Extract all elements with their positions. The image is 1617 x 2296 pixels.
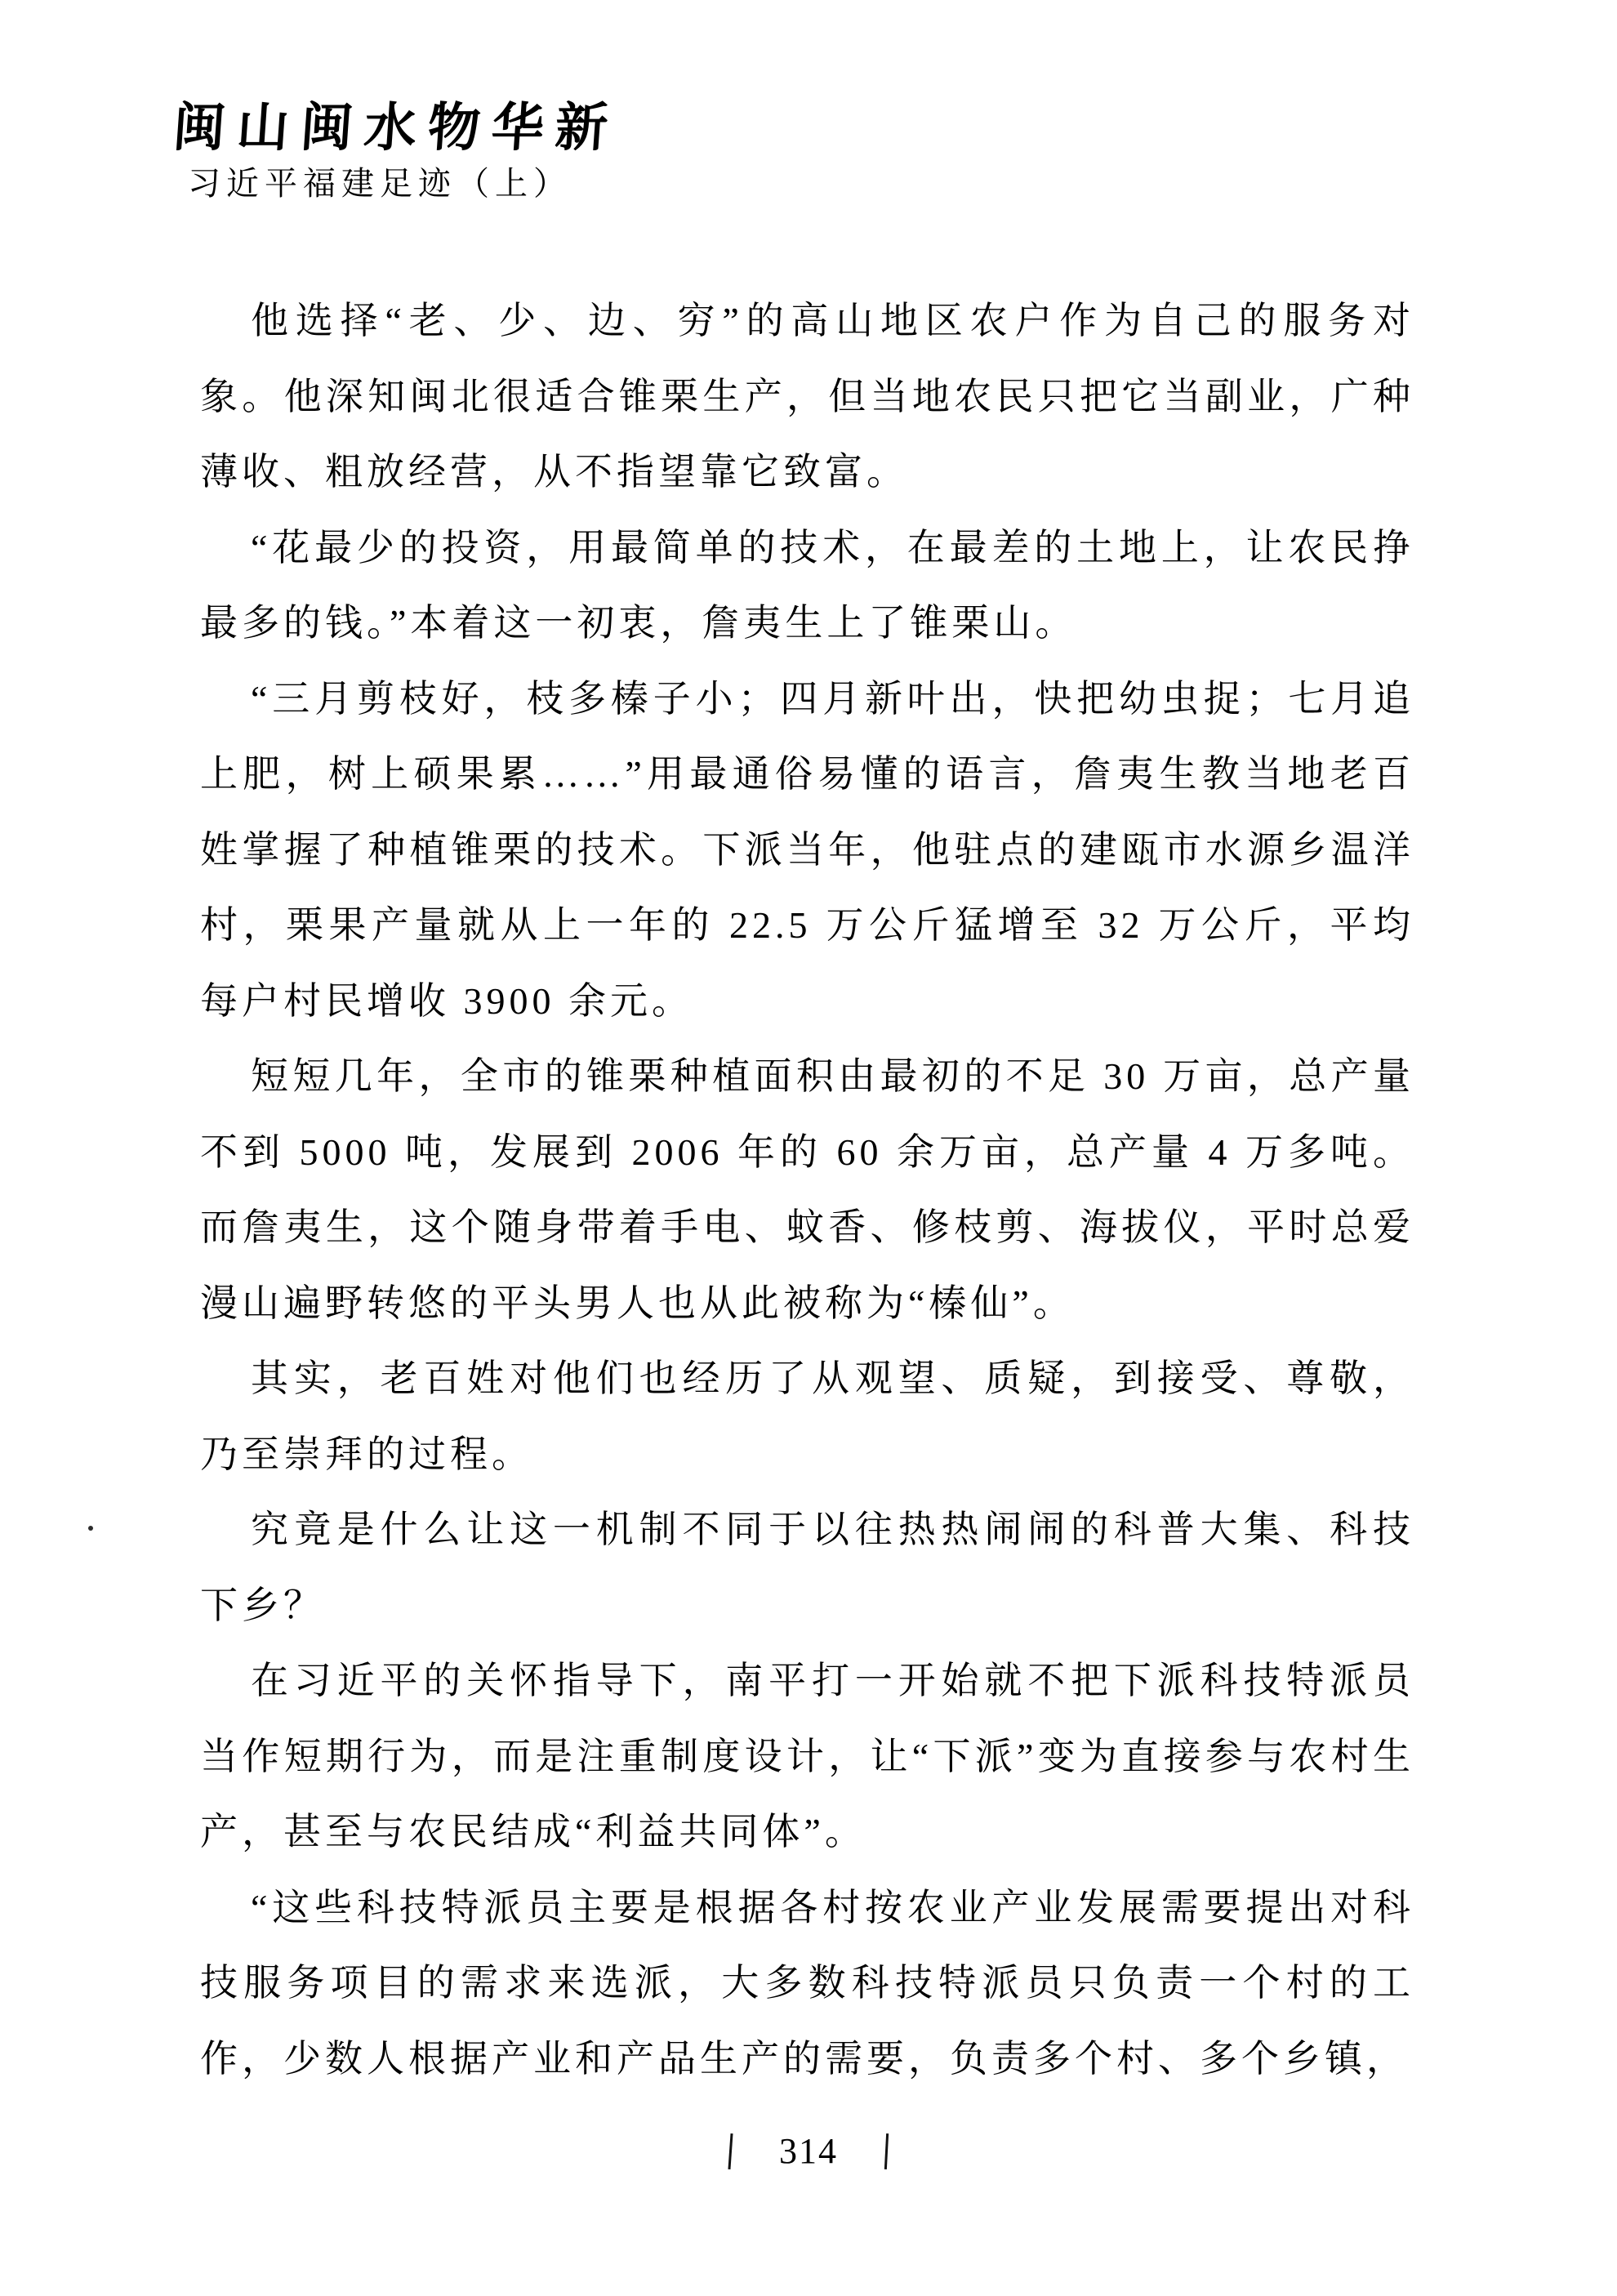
- page-number: 314: [779, 2133, 838, 2169]
- page-footer: 314: [0, 2133, 1617, 2169]
- body-paragraph: 短短几年，全市的锥栗种植面积由最初的不足 30 万亩，总产量不到 5000 吨，…: [200, 1039, 1414, 1341]
- body-paragraph: “这些科技特派员主要是根据各村按农业产业发展需要提出对科技服务项目的需求来选派，…: [200, 1870, 1414, 2098]
- folio-rule-right-icon: [884, 2133, 889, 2169]
- print-speck: [88, 1526, 93, 1531]
- series-title-calligraphy: 闽山闽水物华新: [171, 96, 621, 160]
- body-paragraph: 他选择“老、少、边、穷”的高山地区农户作为自己的服务对象。他深知闽北很适合锥栗生…: [200, 283, 1414, 510]
- body-paragraph: 在习近平的关怀指导下，南平打一开始就不把下派科技特派员当作短期行为，而是注重制度…: [200, 1643, 1414, 1870]
- body-paragraph: 其实，老百姓对他们也经历了从观望、质疑，到接受、尊敬，乃至崇拜的过程。: [200, 1341, 1414, 1492]
- book-page: 闽山闽水物华新 习近平福建足迹（上） 他选择“老、少、边、穷”的高山地区农户作为…: [0, 0, 1617, 2296]
- body-paragraph: 究竟是什么让这一机制不同于以往热热闹闹的科普大集、科技下乡？: [200, 1492, 1414, 1643]
- body-paragraph: “三月剪枝好，枝多榛子小；四月新叶出，快把幼虫捉；七月追上肥，树上硕果累……”用…: [200, 662, 1414, 1040]
- running-head: 闽山闽水物华新 习近平福建足迹（上）: [173, 96, 619, 206]
- body-text: 他选择“老、少、边、穷”的高山地区农户作为自己的服务对象。他深知闽北很适合锥栗生…: [200, 283, 1414, 2097]
- book-title: 习近平福建足迹（上）: [188, 162, 619, 206]
- body-paragraph: “花最少的投资，用最简单的技术，在最差的土地上，让农民挣最多的钱。”本着这一初衷…: [200, 510, 1414, 662]
- folio-rule-left-icon: [728, 2133, 733, 2169]
